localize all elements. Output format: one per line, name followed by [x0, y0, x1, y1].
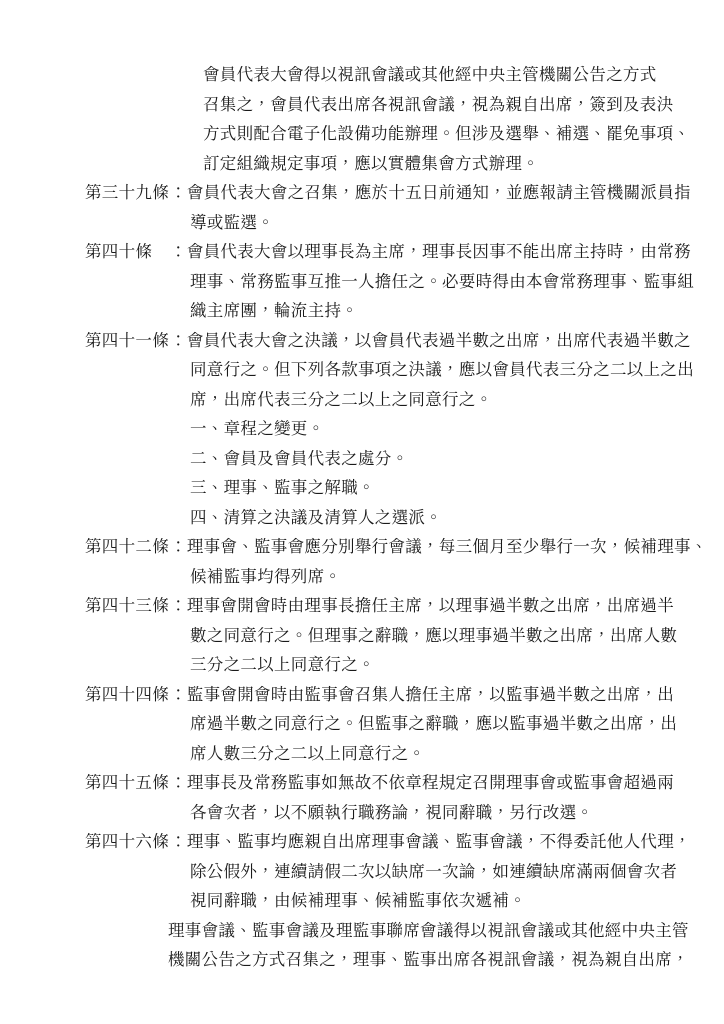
text-line: 同意行之。但下列各款事項之決議，應以會員代表三分之二以上之出 [0, 356, 724, 386]
text-line: 三分之二以上同意行之。 [0, 651, 724, 681]
text-line: 各會次者，以不願執行職務論，視同辭職，另行改選。 [0, 799, 724, 829]
article-number-label: 第三十九條 [85, 179, 170, 209]
text-line: 導或監選。 [0, 209, 724, 239]
article-number-label: 第四十六條 [85, 828, 170, 858]
text-line: 視同辭職，由候補理事、候補監事依次遞補。 [0, 887, 724, 917]
document-page: 會員代表大會得以視訊會議或其他經中央主管機關公告之方式召集之，會員代表出席各視訊… [0, 0, 724, 1024]
label-colon: ： [170, 538, 187, 556]
article-line: 第四十六條：理事、監事均應親自出席理事會議、監事會議，不得委託他人代理， [0, 828, 724, 858]
document-lines: 會員代表大會得以視訊會議或其他經中央主管機關公告之方式召集之，會員代表出席各視訊… [0, 61, 724, 976]
article-number-label: 第四十四條 [85, 681, 170, 711]
label-colon: ： [170, 686, 187, 704]
text-line: 訂定組織規定事項，應以實體集會方式辦理。 [0, 150, 724, 180]
article-text: 會員代表大會以理事長為主席，理事長因事不能出席主持時，由常務 [187, 243, 691, 261]
article-number-label: 第四十五條 [85, 769, 170, 799]
article-line: 第四十二條：理事會、監事會應分別舉行會議，每三個月至少舉行一次，候補理事、 [0, 533, 724, 563]
text-line: 四、清算之決議及清算人之選派。 [0, 504, 724, 534]
article-line: 第四十條：會員代表大會以理事長為主席，理事長因事不能出席主持時，由常務 [0, 238, 724, 268]
article-number-label: 第四十一條 [85, 327, 170, 357]
label-colon: ： [170, 774, 187, 792]
article-text: 會員代表大會之召集，應於十五日前通知，並應報請主管機關派員指 [187, 184, 691, 202]
text-line: 織主席團，輪流主持。 [0, 297, 724, 327]
text-line: 除公假外，連續請假二次以缺席一次論，如連續缺席滿兩個會次者 [0, 858, 724, 888]
text-line: 方式則配合電子化設備功能辦理。但涉及選舉、補選、罷免事項、 [0, 120, 724, 150]
text-line: 會員代表大會得以視訊會議或其他經中央主管機關公告之方式 [0, 61, 724, 91]
text-line: 理事、常務監事互推一人擔任之。必要時得由本會常務理事、監事組 [0, 268, 724, 298]
article-line: 第四十四條：監事會開會時由監事會召集人擔任主席，以監事過半數之出席，出 [0, 681, 724, 711]
article-text: 理事會開會時由理事長擔任主席，以理事過半數之出席，出席過半 [187, 597, 674, 615]
label-colon: ： [170, 833, 187, 851]
article-number-label: 第四十條 [85, 238, 170, 268]
article-number-label: 第四十三條 [85, 592, 170, 622]
text-line: 席，出席代表三分之二以上之同意行之。 [0, 386, 724, 416]
text-line: 候補監事均得列席。 [0, 563, 724, 593]
text-line: 席人數三分之二以上同意行之。 [0, 740, 724, 770]
text-line: 數之同意行之。但理事之辭職，應以理事過半數之出席，出席人數 [0, 622, 724, 652]
text-line: 機關公告之方式召集之，理事、監事出席各視訊會議，視為親自出席， [0, 946, 724, 976]
article-line: 第四十五條：理事長及常務監事如無故不依章程規定召開理事會或監事會超過兩 [0, 769, 724, 799]
article-line: 第四十三條：理事會開會時由理事長擔任主席，以理事過半數之出席，出席過半 [0, 592, 724, 622]
text-line: 召集之，會員代表出席各視訊會議，視為親自出席，簽到及表決 [0, 91, 724, 121]
article-line: 第四十一條：會員代表大會之決議，以會員代表過半數之出席，出席代表過半數之 [0, 327, 724, 357]
article-number-label: 第四十二條 [85, 533, 170, 563]
article-text: 理事會、監事會應分別舉行會議，每三個月至少舉行一次，候補理事、 [187, 538, 708, 556]
article-text: 理事、監事均應親自出席理事會議、監事會議，不得委託他人代理， [187, 833, 691, 851]
label-colon: ： [170, 332, 187, 350]
text-line: 一、章程之變更。 [0, 415, 724, 445]
article-line: 第三十九條：會員代表大會之召集，應於十五日前通知，並應報請主管機關派員指 [0, 179, 724, 209]
article-text: 會員代表大會之決議，以會員代表過半數之出席，出席代表過半數之 [187, 332, 691, 350]
label-colon: ： [170, 243, 187, 261]
label-colon: ： [170, 184, 187, 202]
text-line: 席過半數之同意行之。但監事之辭職，應以監事過半數之出席，出 [0, 710, 724, 740]
label-colon: ： [170, 597, 187, 615]
article-text: 監事會開會時由監事會召集人擔任主席，以監事過半數之出席，出 [187, 686, 674, 704]
text-line: 三、理事、監事之解職。 [0, 474, 724, 504]
text-line: 理事會議、監事會議及理監事聯席會議得以視訊會議或其他經中央主管 [0, 917, 724, 947]
article-text: 理事長及常務監事如無故不依章程規定召開理事會或監事會超過兩 [187, 774, 674, 792]
text-line: 二、會員及會員代表之處分。 [0, 445, 724, 475]
